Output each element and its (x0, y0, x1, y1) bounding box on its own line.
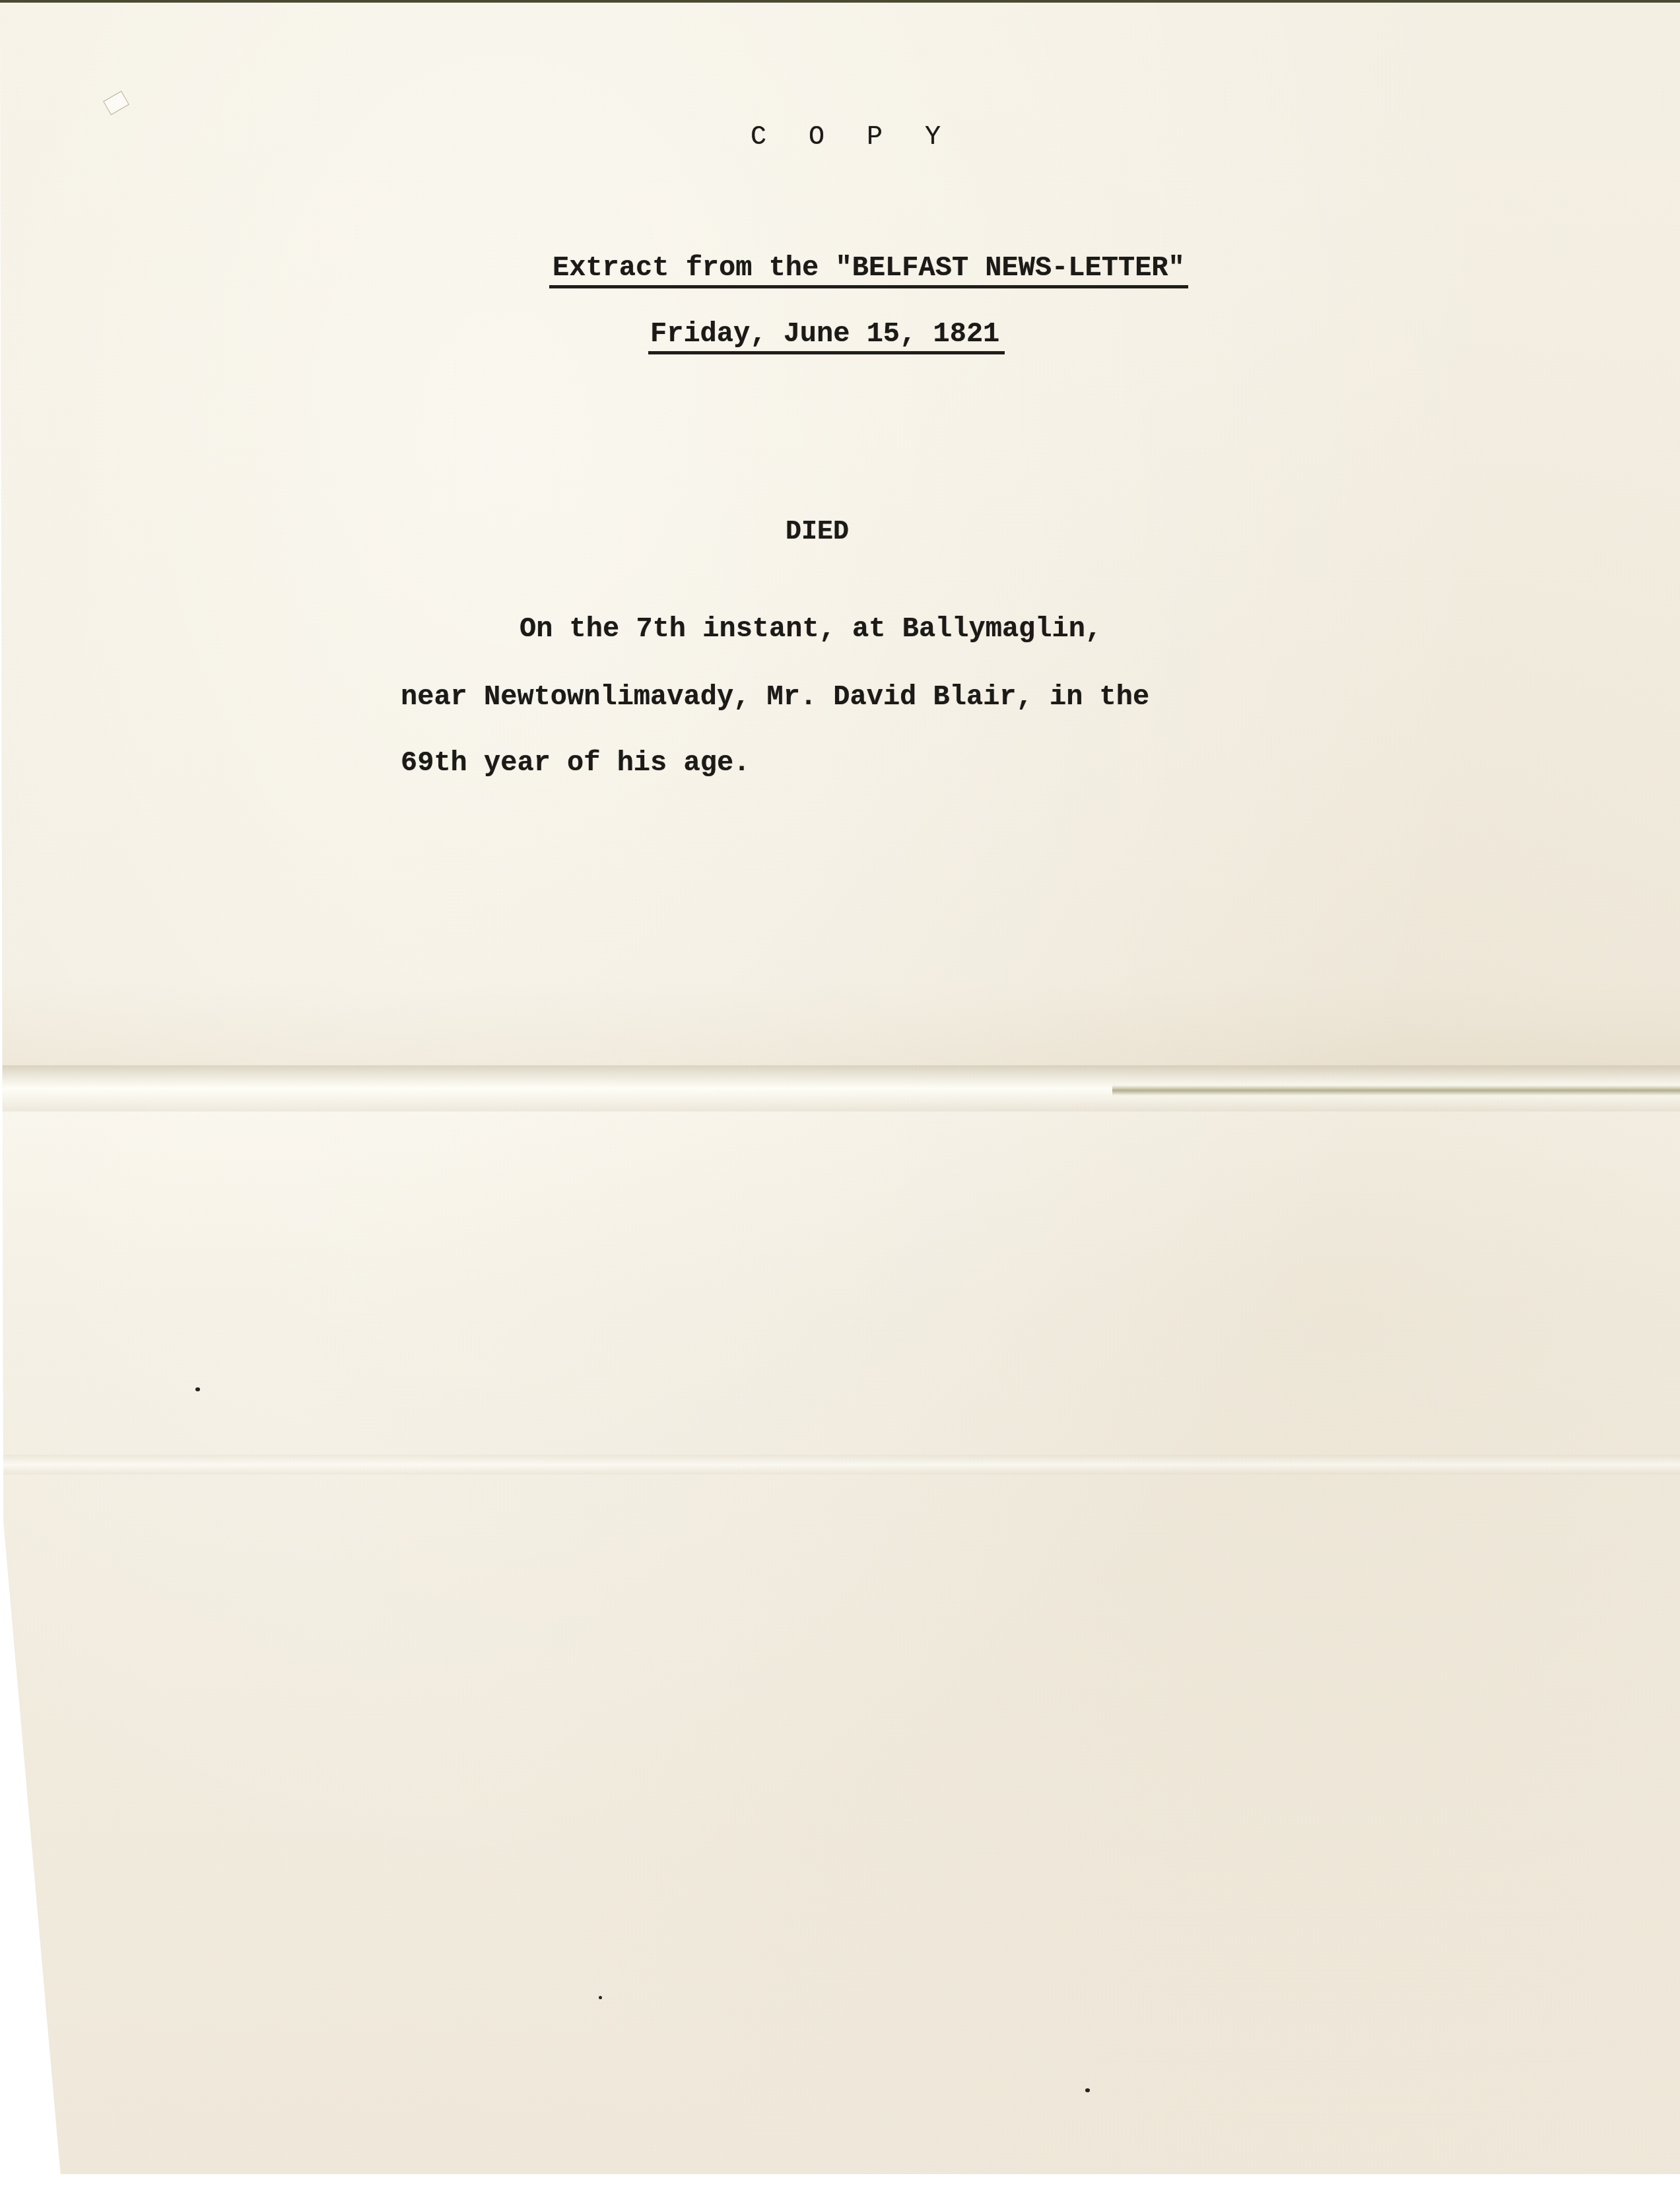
paper-tear-mark (103, 91, 129, 116)
fold-crease (0, 1065, 1680, 1111)
fold-shadow (1112, 1085, 1680, 1096)
paragraph-line-1: On the 7th instant, at Ballymaglin, (520, 613, 1102, 645)
fold-crease-lower (0, 1455, 1680, 1475)
paragraph-line-3: 69th year of his age. (401, 747, 750, 779)
paper-sheet: C O P Y Extract from the "BELFAST NEWS-L… (0, 0, 1680, 2174)
section-title: DIED (786, 517, 849, 547)
ink-speck (599, 1996, 602, 1999)
date-underline (648, 351, 1005, 354)
source-line: Extract from the "BELFAST NEWS-LETTER" (553, 252, 1185, 284)
paragraph-line-2: near Newtownlimavady, Mr. David Blair, i… (401, 681, 1149, 713)
date-line: Friday, June 15, 1821 (650, 318, 999, 350)
source-underline (549, 285, 1188, 288)
copy-heading: C O P Y (751, 123, 954, 152)
ink-speck (195, 1387, 200, 1391)
ink-speck (1085, 2088, 1090, 2092)
